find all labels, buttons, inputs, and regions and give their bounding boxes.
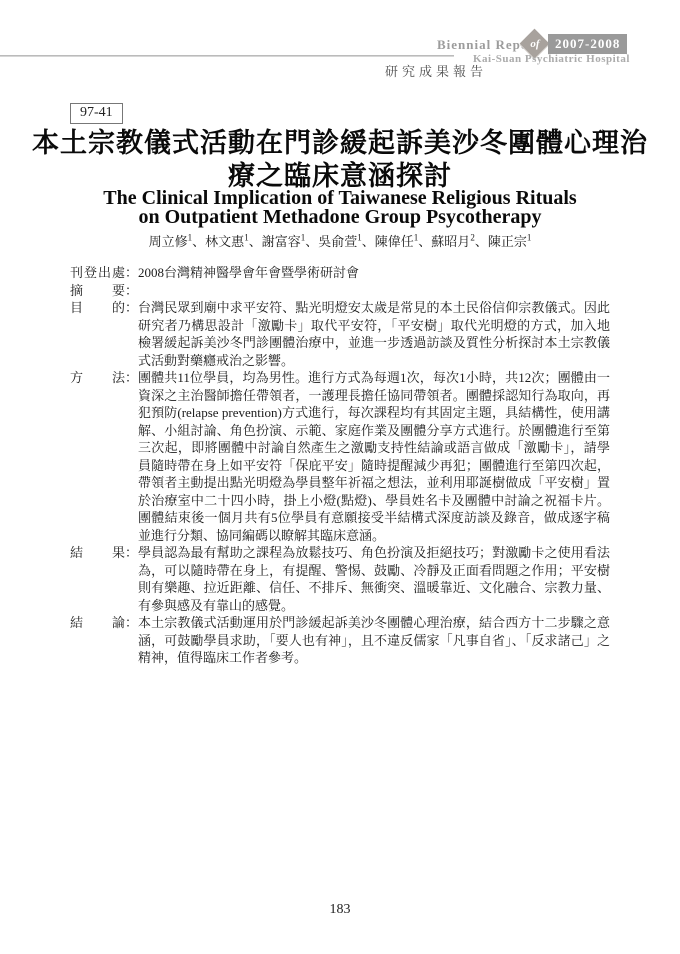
report-page: { "header": { "report_title": "Biennial …	[0, 0, 680, 954]
abstract-label-char: 摘	[70, 282, 83, 300]
abstract-label-char: 處	[112, 264, 125, 282]
abstract-label-char: 論	[112, 614, 125, 632]
header-years-badge: 2007-2008	[548, 34, 627, 54]
abstract-label: 結論	[70, 614, 125, 632]
abstract-label-char: 登	[84, 264, 97, 282]
abstract-label-char: 果	[112, 544, 125, 562]
article-title-zh-line1: 本土宗教儀式活動在門診緩起訴美沙冬團體心理治	[30, 127, 650, 160]
article-title-en: The Clinical Implication of Taiwanese Re…	[30, 189, 650, 227]
abstract-colon: ：	[125, 369, 138, 387]
author-name: 謝富容	[262, 234, 301, 249]
abstract-label: 刊登出處	[70, 264, 125, 282]
abstract-text: 學員認為最有幫助之課程為放鬆技巧、角色扮演及拒絕技巧；對激勵卡之使用看法為，可以…	[138, 544, 610, 614]
abstract-colon: ：	[125, 282, 138, 300]
abstract-label-char: 要	[112, 282, 125, 300]
abstract-colon: ：	[125, 614, 138, 632]
abstract-text: 本土宗教儀式活動運用於門診緩起訴美沙冬團體心理治療，結合西方十二步驟之意涵，可鼓…	[138, 614, 610, 667]
author-affiliation-sup: 1	[357, 233, 362, 243]
abstract-label-char: 結	[70, 614, 83, 632]
author-affiliation-sup: 2	[470, 233, 475, 243]
header-hospital-name: Kai-Suan Psychiatric Hospital	[473, 53, 630, 65]
author-name: 陳偉任	[375, 234, 414, 249]
author-list: 周立修1、林文惠1、謝富容1、吳俞萱1、陳偉任1、蘇昭月2、陳正宗1	[30, 231, 650, 250]
author-name: 蘇昭月	[431, 234, 470, 249]
author-name: 林文惠	[205, 234, 244, 249]
abstract-colon: ：	[125, 299, 138, 317]
abstract-row: 結果：學員認為最有幫助之課程為放鬆技巧、角色扮演及拒絕技巧；對激勵卡之使用看法為…	[70, 544, 612, 614]
page-number: 183	[0, 902, 680, 918]
header-of-label: of	[522, 38, 548, 50]
abstract-label-char: 的	[112, 299, 125, 317]
header-section-label-zh: 研究成果報告	[385, 61, 487, 80]
abstract-label: 摘要	[70, 282, 125, 300]
abstract-label: 結果	[70, 544, 125, 562]
abstract-row: 刊登出處：2008台灣精神醫學會年會暨學術研討會	[70, 264, 612, 282]
abstract-label-char: 結	[70, 544, 83, 562]
report-number-box: 97-41	[70, 103, 123, 124]
author-affiliation-sup: 1	[527, 233, 532, 243]
abstract-colon: ：	[125, 264, 138, 282]
abstract-text: 團體共11位學員，均為男性。進行方式為每週1次，每次1小時，共12次；團體由一資…	[138, 369, 610, 544]
abstract-text: 2008台灣精神醫學會年會暨學術研討會	[138, 264, 610, 282]
abstract-colon: ：	[125, 544, 138, 562]
author-name: 周立修	[149, 234, 188, 249]
author-name: 吳俞萱	[318, 234, 357, 249]
author-name: 陳正宗	[488, 234, 527, 249]
abstract-label: 方法	[70, 369, 125, 387]
abstract-label-char: 刊	[70, 264, 83, 282]
abstract-label: 目的	[70, 299, 125, 317]
author-affiliation-sup: 1	[188, 233, 193, 243]
abstract-row: 目的：台灣民眾到廟中求平安符、點光明燈安太歲是常見的本土民俗信仰宗教儀式。因此研…	[70, 299, 612, 369]
author-affiliation-sup: 1	[301, 233, 306, 243]
abstract-block: 刊登出處：2008台灣精神醫學會年會暨學術研討會摘要：目的：台灣民眾到廟中求平安…	[70, 264, 612, 667]
author-affiliation-sup: 1	[244, 233, 249, 243]
abstract-label-char: 法	[112, 369, 125, 387]
article-title-zh: 本土宗教儀式活動在門診緩起訴美沙冬團體心理治 療之臨床意涵探討	[30, 127, 650, 193]
abstract-label-char: 目	[70, 299, 83, 317]
abstract-row: 結論：本土宗教儀式活動運用於門診緩起訴美沙冬團體心理治療，結合西方十二步驟之意涵…	[70, 614, 612, 667]
header-rule	[0, 55, 454, 57]
abstract-text: 台灣民眾到廟中求平安符、點光明燈安太歲是常見的本土民俗信仰宗教儀式。因此研究者乃…	[138, 299, 610, 369]
author-affiliation-sup: 1	[414, 233, 419, 243]
abstract-label-char: 出	[98, 264, 111, 282]
abstract-row: 方法：團體共11位學員，均為男性。進行方式為每週1次，每次1小時，共12次；團體…	[70, 369, 612, 544]
abstract-row: 摘要：	[70, 282, 612, 300]
article-title-en-line2: on Outpatient Methadone Group Psycothera…	[30, 208, 650, 227]
abstract-label-char: 方	[70, 369, 83, 387]
